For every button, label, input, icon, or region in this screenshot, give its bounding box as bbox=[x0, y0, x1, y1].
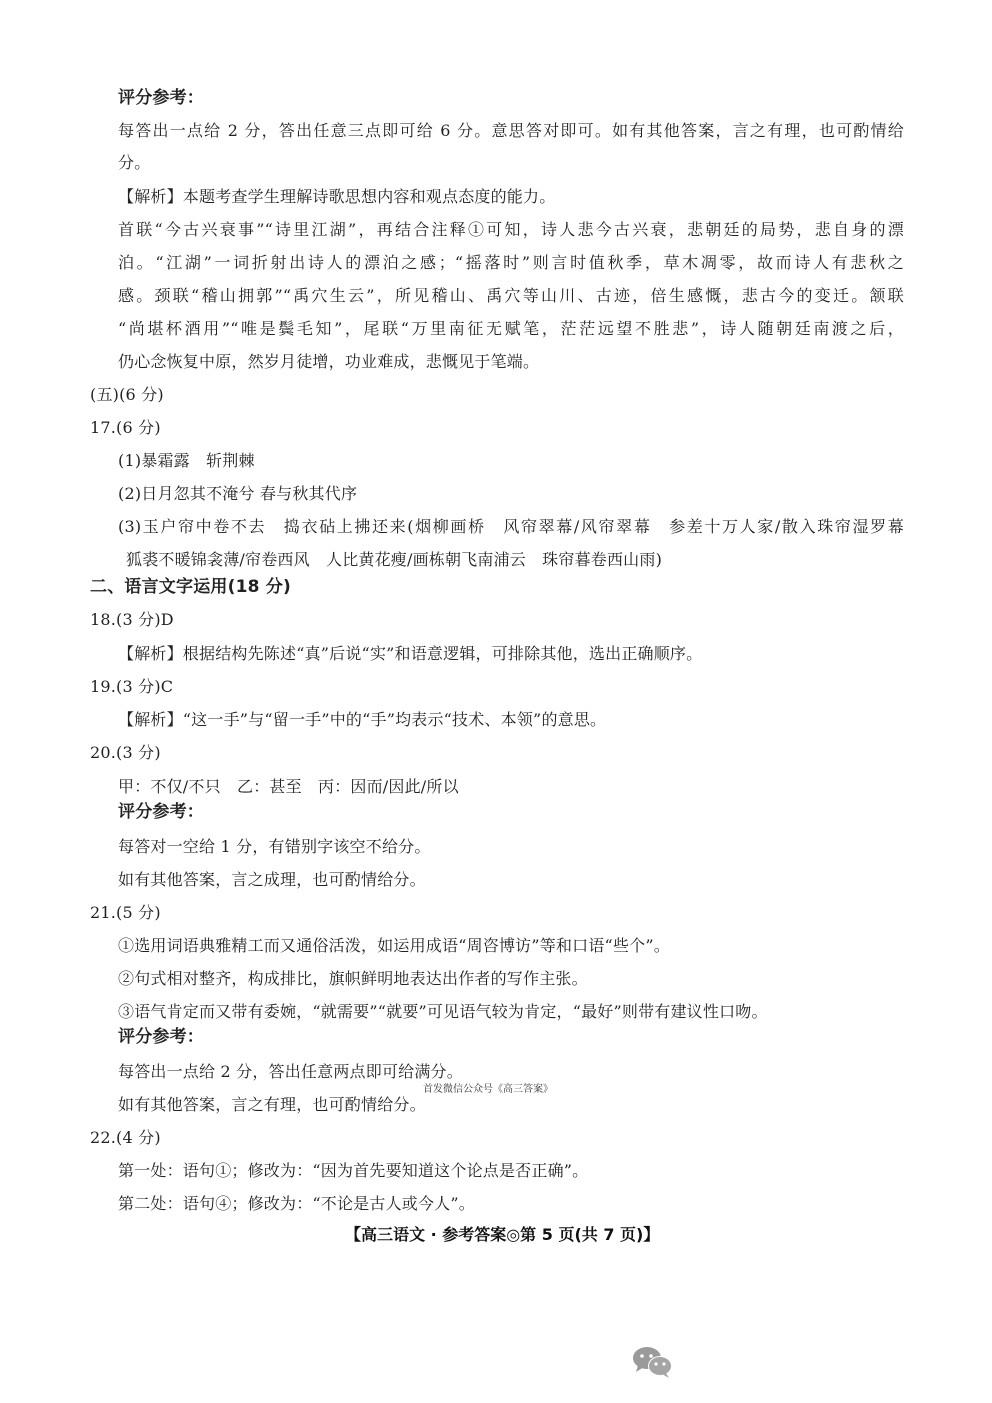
answer-text: 甲：不仅/不只 乙：甚至 丙：因而/因此/所以 bbox=[118, 777, 459, 797]
analysis-text: 【解析】根据结构先陈述“真”后说“实”和语意逻辑，可排除其他，选出正确顺序。 bbox=[118, 644, 702, 664]
scoring-text: 如有其他答案，言之有理，也可酌情给分。 bbox=[118, 1095, 426, 1115]
section-heading: (五)(6 分) bbox=[90, 385, 164, 405]
answer-text: 第二处：语句④；修改为：“不论是古人或今人”。 bbox=[118, 1194, 475, 1214]
question-number: 21.(5 分) bbox=[90, 903, 161, 923]
question-number: 17.(6 分) bbox=[90, 418, 161, 438]
watermark-text: 首发微信公众号《高三答案》 bbox=[423, 1084, 553, 1096]
page-footer: 【高三语文 · 参考答案◎第 5 页(共 7 页)】 bbox=[345, 1225, 659, 1245]
question-number: 18.(3 分)D bbox=[90, 610, 174, 630]
question-number: 22.(4 分) bbox=[90, 1128, 161, 1148]
scoring-text: 分。 bbox=[118, 153, 150, 173]
answer-text: (2)日月忽其不淹兮 春与秋其代序 bbox=[118, 484, 357, 504]
scoring-text: 每答对一空给 1 分，有错别字该空不给分。 bbox=[118, 837, 431, 857]
answer-text: ①选用词语典雅精工而又通俗活泼，如运用成语“周咨博访”等和口语“些个”。 bbox=[118, 936, 670, 956]
answer-text: (1)暴霜露 斩荆棘 bbox=[118, 451, 255, 471]
question-number: 19.(3 分)C bbox=[90, 677, 173, 697]
answer-text: ②句式相对整齐，构成排比，旗帜鲜明地表达出作者的写作主张。 bbox=[118, 969, 588, 989]
scoring-text: 如有其他答案，言之成理，也可酌情给分。 bbox=[118, 870, 426, 890]
answer-text: (3)玉户帘中卷不去 捣衣砧上拂还来(烟柳画桥 风帘翠幕/风帘翠幕 参差十万人家… bbox=[118, 517, 904, 537]
wechat-icon bbox=[632, 1345, 674, 1379]
answer-text: ③语气肯定而又带有委婉，“就需要”“就要”可见语气较为肯定，“最好”则带有建议性… bbox=[118, 1002, 768, 1022]
part-heading: 二、语言文字运用(18 分) bbox=[90, 577, 291, 597]
analysis-text: 仍心念恢复中原，然岁月徒增，功业难成，悲慨见于笔端。 bbox=[118, 352, 539, 372]
analysis-text: 首联“今古兴衰事”“诗里江湖”，再结合注释①可知，诗人悲今古兴衰，悲朝廷的局势，… bbox=[118, 220, 904, 240]
analysis-text: 【解析】“这一手”与“留一手”中的“手”均表示“技术、本领”的意思。 bbox=[118, 710, 606, 730]
question-number: 20.(3 分) bbox=[90, 743, 161, 763]
scoring-heading: 评分参考： bbox=[118, 802, 204, 822]
scoring-text: 每答出一点给 2 分，答出任意两点即可给满分。 bbox=[118, 1062, 463, 1082]
answer-text: 第一处：语句①；修改为：“因为首先要知道这个论点是否正确”。 bbox=[118, 1161, 588, 1181]
analysis-text: 泊。“江湖”一词折射出诗人的漂泊之感；“摇落时”则言时值秋季，草木凋零，故而诗人… bbox=[118, 253, 904, 273]
analysis-text: “尚堪杯酒用”“唯是鬓毛知”，尾联“万里南征无赋笔，茫茫远望不胜悲”，诗人随朝廷… bbox=[118, 319, 904, 339]
analysis-text: 感。颈联“稽山拥郭”“禹穴生云”，所见稽山、禹穴等山川、古迹，倍生感慨，悲古今的… bbox=[118, 286, 904, 306]
scoring-heading: 评分参考： bbox=[118, 1027, 204, 1047]
scoring-text: 每答出一点给 2 分，答出任意三点即可给 6 分。意思答对即可。如有其他答案，言… bbox=[118, 121, 904, 141]
answer-text: 狐裘不暖锦衾薄/帘卷西风 人比黄花瘦/画栋朝飞南浦云 珠帘暮卷西山雨) bbox=[126, 550, 662, 570]
scoring-heading: 评分参考： bbox=[118, 88, 204, 108]
analysis-text: 【解析】本题考查学生理解诗歌思想内容和观点态度的能力。 bbox=[118, 187, 555, 207]
